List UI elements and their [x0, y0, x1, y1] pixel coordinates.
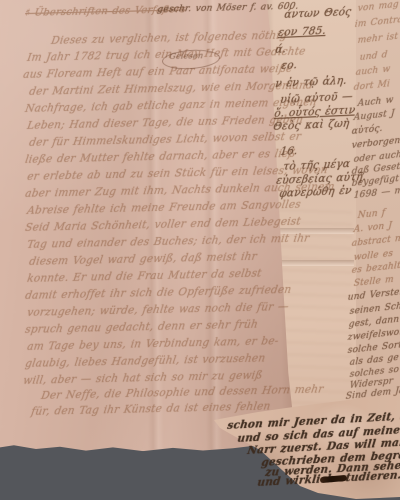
paper-wrinkle	[202, 0, 222, 456]
manuscript-photo: ♯ Überschriften des Verfaßersgeschr. von…	[0, 0, 400, 500]
main-letter-page	[0, 0, 308, 457]
paper-wrinkle	[144, 0, 164, 456]
